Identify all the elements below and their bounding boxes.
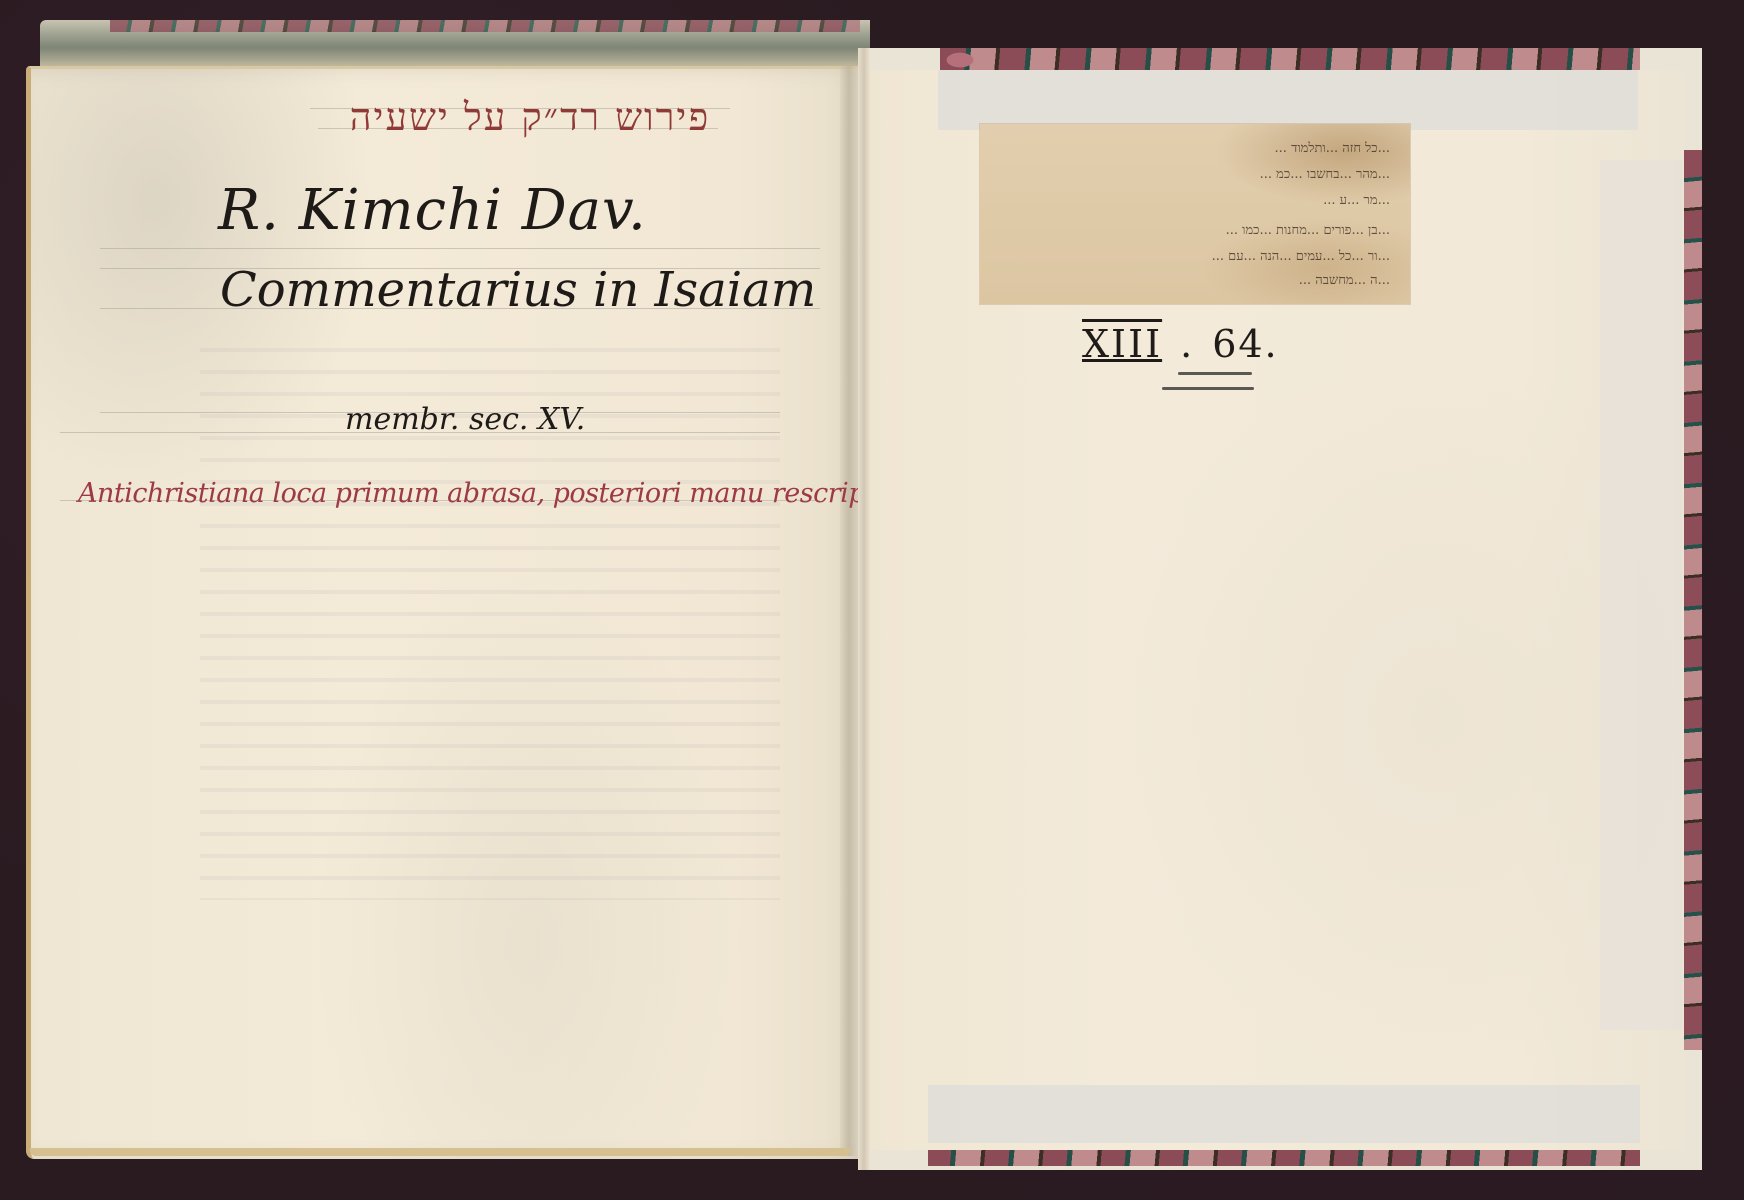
gilt-bottom-edge	[30, 1148, 850, 1156]
work-title-line: Commentarius in Isaiam	[220, 262, 816, 318]
shelfmark: XIII.64.	[1082, 322, 1279, 366]
marbled-paper-right	[1684, 150, 1702, 1050]
material-date-line: membr. sec. XV.	[345, 402, 585, 437]
repair-tape-right	[1600, 160, 1682, 1030]
shelfmark-separator: .	[1180, 322, 1194, 366]
fragment-line: ...מר ...ע ...	[1323, 192, 1390, 208]
ruled-line	[100, 248, 820, 249]
repair-tape-bottom	[928, 1085, 1640, 1143]
marbled-paper-top	[940, 48, 1640, 72]
hebrew-title: פירוש רד״ק על ישעיה	[320, 95, 740, 140]
gutter-shadow	[840, 66, 858, 1156]
shelfmark-roman: XIII	[1082, 322, 1162, 366]
fragment-line: ...ה ...מחשבה ...	[1299, 272, 1390, 288]
repair-tape-top	[938, 70, 1638, 130]
fragment-line: ...כל חזה ...ותלמוד ...	[1275, 140, 1390, 156]
fragment-line: ...ור ...כל ...עמים ...הנה ...עם ...	[1212, 248, 1390, 264]
marbled-board-edge-top-left	[110, 20, 860, 32]
shelfmark-number: 64.	[1212, 322, 1278, 366]
shelfmark-underline	[1162, 387, 1254, 390]
spine-hinge	[858, 48, 870, 1170]
hebrew-fragment: ...כל חזה ...ותלמוד ... ...מהר ...בחשבו …	[980, 124, 1410, 304]
censorship-note: Antichristiana loca primum abrasa, poste…	[78, 478, 899, 509]
fragment-line: ...מהר ...בחשבו ...כמ ...	[1260, 166, 1390, 182]
fragment-line: ...בן ...פורים ...מחנות ...כמו ...	[1226, 222, 1390, 238]
manuscript-scan: פירוש רד״ק על ישעיה R. Kimchi Dav. Comme…	[0, 0, 1744, 1200]
shelfmark-underline	[1178, 372, 1252, 375]
author-line: R. Kimchi Dav.	[218, 178, 647, 243]
